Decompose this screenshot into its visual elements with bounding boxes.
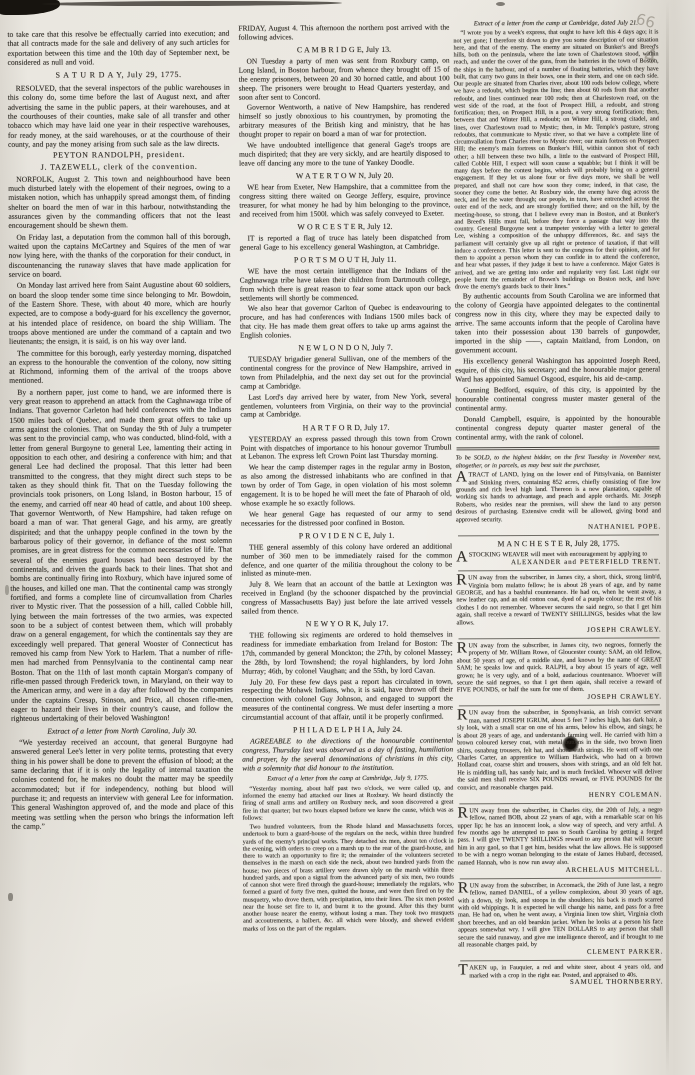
signature: CLEMENT PARKER. (458, 948, 663, 957)
signature: JOSEPH CRAWLEY. (456, 626, 661, 635)
cambridge-heading: C A M B R I D G E, July 13. (238, 45, 449, 55)
crown-point-express-paragraph: YESTERDAY an express passed through this… (240, 434, 451, 462)
gage-troops-paragraph: We have undoubted intelligence that gene… (239, 140, 450, 168)
drop-cap: R (456, 575, 468, 587)
committee-express-paragraph: The committee for this borough, early ye… (9, 347, 231, 385)
ad-rule-2 (458, 570, 659, 572)
portsmouth-heading: P O R T S M O U T H, July 11. (240, 254, 451, 264)
signature: ARCHELAUS MITCHELL. (458, 866, 663, 875)
sullivan-paragraph: TUESDAY brigadier general Sullivan, one … (240, 355, 451, 392)
runaway-igrum-ad: RUN away from the subscriber, in Spotsyl… (457, 709, 662, 800)
signature: NATHANIEL POPE. (456, 523, 661, 532)
runaway-sam-ralph-ad: RUN away from the subscriber, in James c… (457, 641, 662, 703)
drop-cap: T (458, 965, 469, 977)
manchester-heading: M A N C H E S T E R, July 28, 1775. (456, 539, 661, 549)
cambridge-letter-body: “I wrote you by a week's express, that o… (453, 29, 659, 291)
drop-cap: A (456, 472, 469, 484)
ad-rule-7 (460, 960, 661, 962)
land-sale-lead: To be SOLD, to the highest bidder, on th… (456, 454, 661, 470)
runaway-bob-ad: RUN away from the subscriber, in Charles… (457, 806, 662, 875)
dateline-saturday: S A T U R D A Y, July 29, 1775. (8, 70, 230, 81)
campbell-appointment-paragraph: Donald Campbell, esquire, is appointed b… (455, 414, 660, 442)
ad-rule-4 (459, 705, 660, 707)
drop-cap: A (456, 552, 469, 564)
friday-post-notice: FRIDAY, August 4. This afternoon the nor… (238, 23, 449, 42)
signature: ALEXANDER and PETERFIELD TRENT. (456, 558, 661, 567)
signature-randolph: PEYTON RANDOLPH, president. (8, 150, 230, 161)
mohawk-report-paragraph: July 20. For these few days past a repor… (242, 677, 453, 722)
resolve-continuation: to take care that this resolve be effect… (7, 29, 229, 67)
signature: HENRY COLEMAN. (457, 791, 662, 800)
exeter-treasury-paragraph: WE hear from Exeter, New Hampshire, that… (239, 182, 450, 219)
northern-paper-digest: By a northern paper, just come to hand, … (9, 386, 233, 723)
watertown-heading: W A T E R T O W N, July 20. (239, 171, 450, 181)
saint-augustine-paragraph: On Monday last arrived here from Saint A… (9, 280, 231, 346)
cambridge-letter-heading: Extract of a letter from the camp at Cam… (453, 19, 658, 28)
hartford-heading: H A R T F O R D, July 17. (240, 422, 451, 432)
newspaper-page: 66 4 to take care that this resolve be e… (0, 0, 695, 1075)
worcester-heading: W O R C E S T E R, July 12. (239, 221, 450, 231)
bedford-appointment-paragraph: Gunning Bedford, esquire, of this city, … (455, 385, 660, 413)
rhode-island-levies-paragraph: THE general assembly of this colony have… (241, 542, 452, 579)
flag-of-truce-paragraph: IT is reported a flag of truce has latel… (239, 233, 450, 252)
runaway-george-ad: RUN away from the subscriber, in James c… (456, 574, 661, 636)
virginia-volunteers-paragraph: Last Lord's day arrived here by water, f… (240, 392, 451, 420)
drop-cap: R (457, 807, 469, 819)
new-london-heading: N E W L O N D O N, July 7. (240, 343, 451, 353)
carlton-paragraph: We also hear that governor Carlton of Qu… (240, 304, 451, 341)
camp-distemper-paragraph: We hear the camp distemper rages in the … (241, 463, 452, 508)
providence-heading: P R O V I D E N C E, July 1. (241, 530, 452, 540)
text-layer: to take care that this resolve be effect… (0, 0, 695, 1075)
column-right: Extract of a letter from the camp at Cam… (453, 16, 663, 1057)
fast-day-paragraph: AGREEABLE to the directions of the honou… (242, 737, 453, 774)
section-rule (457, 446, 660, 451)
resolved-inspectors: RESOLVED, that the several inspectors of… (8, 83, 230, 149)
deputation-paragraph: On Friday last, a deputation from the co… (8, 231, 230, 279)
drop-cap: R (457, 642, 469, 654)
ad-rule-3 (459, 637, 660, 639)
camp-letter-part2: Two hundred volunteers, from the Rhode I… (242, 823, 454, 933)
drop-cap: R (458, 882, 470, 894)
gage-request-paragraph: We hear general Gage has requested of ou… (241, 509, 452, 528)
extract-heading-north-carolina: Extract of a letter from North Carolina,… (11, 725, 233, 735)
camp-letter-part1: “Yesterday morning, about half past two … (242, 784, 453, 821)
signature: JOSEPH CRAWLEY. (457, 694, 662, 703)
new-york-heading: N E W Y O R K, July 17. (241, 619, 452, 629)
wentworth-paragraph: Governor Wentworth, a native of New Hamp… (239, 103, 450, 140)
georgia-delegates-paragraph: By authentic accounts from South Carolin… (455, 292, 660, 356)
six-regiments-paragraph: THE following six regiments are ordered … (241, 631, 452, 676)
stocking-weaver-ad: ASTOCKING WEAVER will meet with encourag… (456, 551, 661, 568)
signature-tazewell: J. TAZEWELL, clerk of the convention. (8, 161, 230, 172)
north-carolina-letter: “We yesterday received an account, that … (11, 737, 233, 831)
dartmouth-paragraph: WE have the most certain intelligence th… (240, 266, 451, 303)
taken-up-steer-ad: TAKEN up, in Fauquier, a red and white s… (458, 963, 663, 988)
ad-rule-1 (458, 534, 659, 536)
lexington-account-paragraph: July 8. We learn that an account of the … (241, 580, 452, 617)
philadelphia-heading: P H I L A D E L P H I A, July 24. (242, 725, 453, 735)
drop-cap: R (457, 710, 469, 722)
column-middle: FRIDAY, August 4. This afternoon the nor… (238, 21, 454, 1064)
norfolk-news: NORFOLK, August 2. This town and neighbo… (8, 173, 230, 230)
ad-rule-5 (459, 802, 660, 804)
ad-rule-6 (460, 877, 661, 879)
column-left: to take care that this resolve be effect… (7, 27, 234, 1064)
runaway-daniel-ad: RUN away from the subscriber, in Accomac… (458, 881, 663, 958)
signature: SAMUEL THORNBERRY. (458, 979, 663, 988)
camp-letter-heading: Extract of a letter from the camp at Cam… (242, 775, 453, 784)
land-sale-ad: ATRACT of LAND, lying on the lower end o… (456, 471, 661, 533)
roxbury-party-paragraph: ON Tuesday a party of men was sent from … (238, 57, 449, 102)
washington-secretary-paragraph: His excellency general Washington has ap… (455, 356, 660, 384)
